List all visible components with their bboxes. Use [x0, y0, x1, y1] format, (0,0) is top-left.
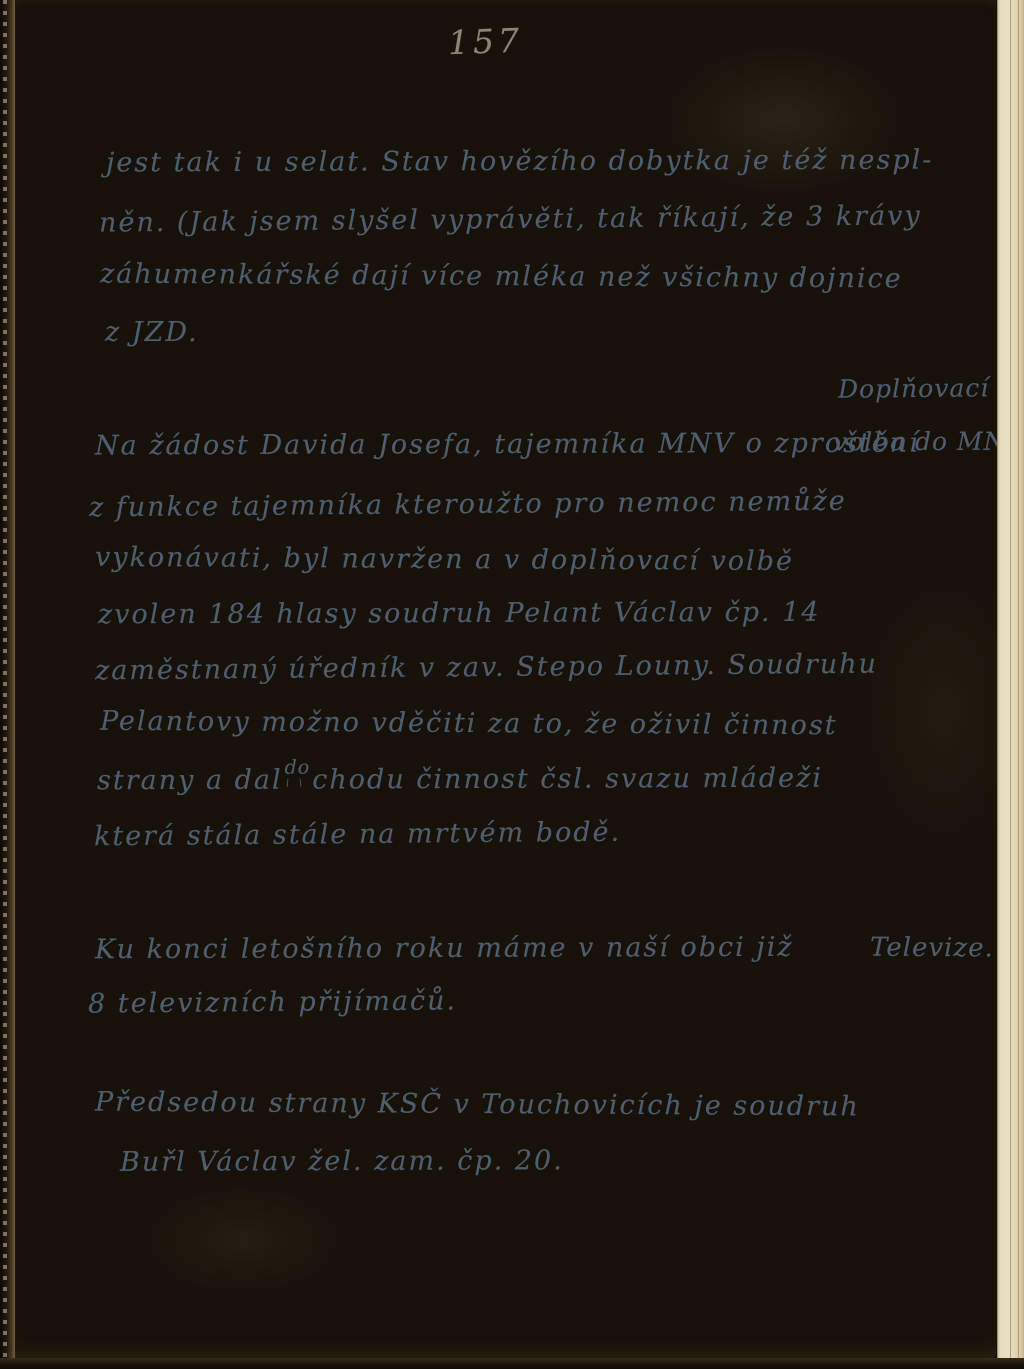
inserted-word-above-line: do: [285, 757, 311, 779]
handwritten-line: vykonávati, byl navržen a v doplňovací v…: [95, 542, 794, 577]
handwritten-line: záhumenkářské dají více mléka než všichn…: [100, 259, 903, 295]
page-edge-line: [1010, 0, 1011, 1360]
handwritten-line: která stála stále na mrtvém bodě.: [94, 817, 621, 853]
handwritten-line: 8 televizních přijímačů.: [88, 985, 457, 1019]
page-edge-line: [1018, 0, 1019, 1360]
chronicle-page-photo: { "page_number": "157", "colors": { "pap…: [0, 0, 1024, 1369]
handwritten-line-with-insertion: strany a daldochodu činnost čsl. svazu m…: [97, 763, 823, 797]
handwritten-line: Ku konci letošního roku máme v naší obci…: [95, 932, 794, 965]
handwritten-line: z funkce tajemníka kteroužto pro nemoc n…: [89, 486, 847, 524]
handwritten-line: Předsedou strany KSČ v Touchovicích je s…: [95, 1087, 860, 1123]
line-segment-after: chodu činnost čsl. svazu mládeži: [312, 763, 823, 796]
handwritten-line: Na žádost Davida Josefa, tajemníka MNV o…: [95, 428, 920, 462]
page-fore-edge: [997, 0, 1024, 1360]
page-edge-line: [997, 0, 998, 1360]
handwritten-line: Buřl Václav žel. zam. čp. 20.: [120, 1145, 564, 1178]
book-bottom-edge-shadow: [0, 1358, 1024, 1369]
handwritten-line: jest tak i u selat. Stav hovězího dobytk…: [106, 145, 933, 179]
handwritten-line: zvolen 184 hlasy soudruh Pelant Václav č…: [98, 597, 821, 631]
handwritten-line: z JZD.: [105, 317, 199, 348]
page-number: 157: [447, 21, 523, 63]
margin-note-television: Televize.: [870, 933, 994, 964]
line-segment-before: strany a dal: [97, 765, 283, 797]
paper-stain: [133, 1180, 353, 1300]
margin-note-election-title: Doplňovací: [838, 373, 990, 403]
handwritten-line: Pelantovy možno vděčiti za to, že oživil…: [100, 706, 838, 742]
